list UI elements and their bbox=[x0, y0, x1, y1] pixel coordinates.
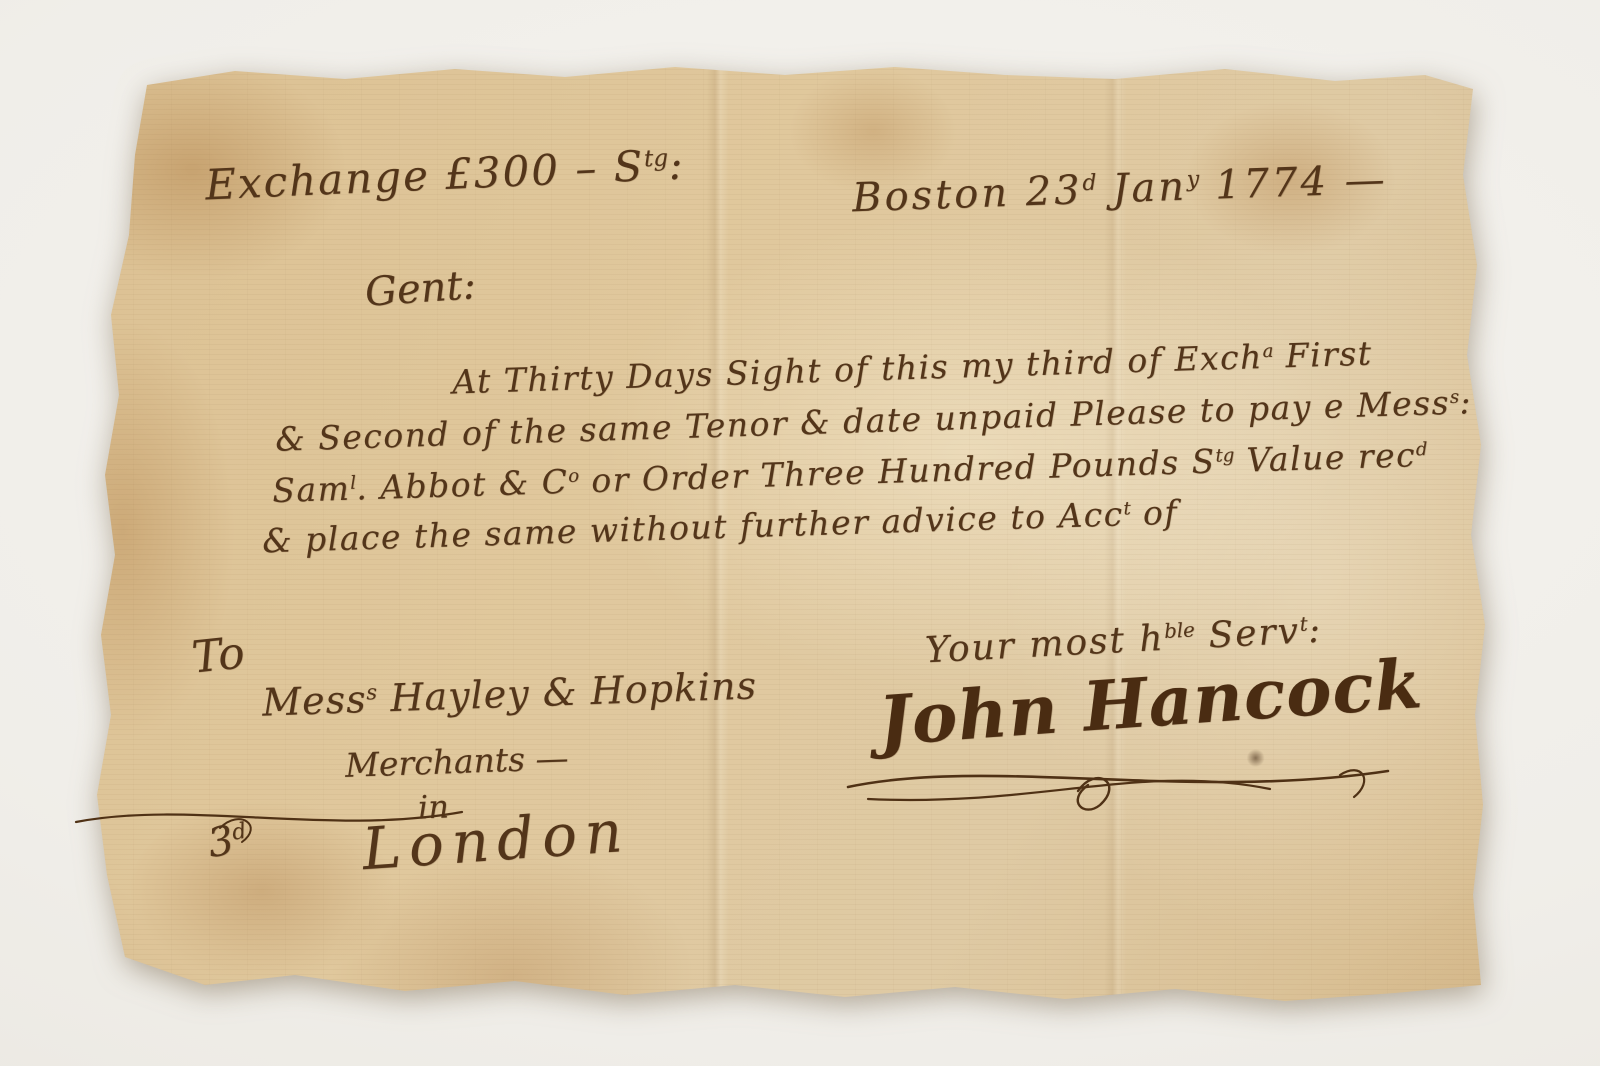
salutation: Gent: bbox=[364, 262, 478, 316]
addressee-city: London bbox=[360, 797, 632, 884]
photo-background: Exchange £300 – Stg: Boston 23d Jany 177… bbox=[0, 0, 1600, 1066]
addressee-occupation: Merchants — bbox=[344, 738, 569, 785]
copy-number-docket: 3d bbox=[204, 815, 251, 867]
handwriting-layer: Exchange £300 – Stg: Boston 23d Jany 177… bbox=[0, 0, 1600, 1066]
addressee-line: Messs Hayley & Hopkins bbox=[261, 663, 757, 724]
dateline: Boston 23d Jany 1774 — bbox=[851, 157, 1388, 222]
exchange-amount-line: Exchange £300 – Stg: bbox=[204, 140, 685, 210]
address-to-label: To bbox=[189, 627, 246, 683]
